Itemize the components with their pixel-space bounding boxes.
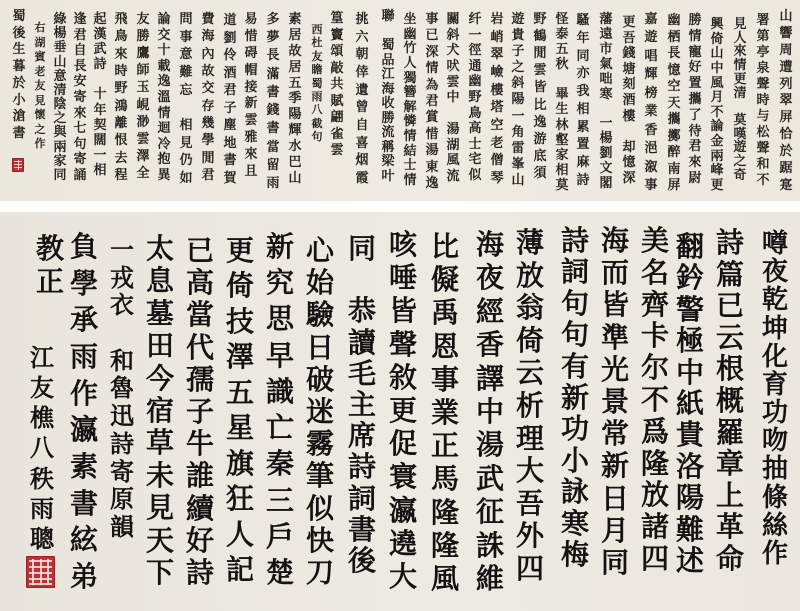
calligraphy-character: 聰 <box>22 525 62 553</box>
calligraphy-character: 闊 <box>90 134 110 147</box>
calligraphy-character: 徑 <box>465 44 485 57</box>
calligraphy-character: 八 <box>22 434 62 462</box>
calligraphy-character: 居 <box>285 61 305 74</box>
calligraphy-character: 同 <box>595 548 635 578</box>
calligraphy-character: 幾 <box>198 117 218 130</box>
calligraphy-character: 一 <box>508 110 528 123</box>
calligraphy-character: 似 <box>300 494 340 524</box>
calligraphy-character: 毛 <box>342 359 382 389</box>
calligraphy-character: 聲 <box>753 78 773 91</box>
calligraphy-character: 解 <box>400 101 420 114</box>
calligraphy-character: 雲 <box>530 64 550 77</box>
calligraphy-character: 琴 <box>487 172 507 185</box>
calligraphy-character: 月 <box>707 91 727 104</box>
calligraphy-character: 雨 <box>307 91 327 103</box>
calligraphy-character: 太 <box>140 234 180 264</box>
calligraphy-character: 敲 <box>327 62 347 75</box>
calligraphy-character: 析 <box>510 391 550 421</box>
calligraphy-character: 思 <box>260 304 300 334</box>
calligraphy-character: 難 <box>670 515 710 545</box>
calligraphy-character: 置 <box>573 138 593 151</box>
calligraphy-character: 常 <box>595 419 635 449</box>
calligraphy-character: 塘 <box>619 63 639 76</box>
calligraphy-character: 年 <box>90 104 110 117</box>
calligraphy-character: 一 <box>596 117 616 130</box>
calligraphy-character: 魯 <box>102 374 142 401</box>
calligraphy-character: 放 <box>510 261 550 291</box>
calligraphy-character: 後 <box>9 27 29 40</box>
calligraphy-character: 雲 <box>443 76 463 89</box>
calligraphy-character: 十 <box>90 88 110 101</box>
calligraphy-character: 塵 <box>220 119 240 132</box>
calligraphy-character: 香 <box>641 124 661 137</box>
calligraphy-character: 品 <box>378 54 398 67</box>
calligraphy-character: 瀛 <box>383 496 423 526</box>
calligraphy-character: 東 <box>422 161 442 174</box>
calligraphy-character: 鶴 <box>530 30 550 43</box>
calligraphy-dedication-column: 負學承雨作瀛素書絃弟 <box>64 232 104 592</box>
calligraphy-character: 溆 <box>641 161 661 174</box>
calligraphy-character: 來 <box>111 48 131 61</box>
calligraphy-character: 賞 <box>422 111 442 124</box>
calligraphy-character: 稱 <box>378 141 398 154</box>
calligraphy-character: 一 <box>90 149 110 162</box>
calligraphy-character: 深 <box>422 46 442 59</box>
calligraphy-character: 故 <box>285 45 305 58</box>
calligraphy-character: 羅 <box>710 418 750 448</box>
calligraphy-character: 幽 <box>664 14 684 27</box>
calligraphy-character: 小 <box>9 94 29 107</box>
calligraphy-character: 同 <box>342 234 382 264</box>
calligraphy-character: 閣 <box>596 177 616 190</box>
calligraphy-character: 不 <box>753 174 773 187</box>
calligraphy-character: 士 <box>400 159 420 172</box>
calligraphy-character: 迴 <box>154 122 174 135</box>
calligraphy-character: 君 <box>220 84 240 97</box>
calligraphy-character: 鳥 <box>111 30 131 43</box>
calligraphy-character: 接 <box>241 81 261 94</box>
calligraphy-character: 截 <box>307 118 327 130</box>
calligraphy-character: 業 <box>641 105 661 118</box>
calligraphy-character: 內 <box>198 48 218 61</box>
calligraphy-character: 鳥 <box>465 107 485 120</box>
calligraphy-character: 栖 <box>664 31 684 44</box>
calligraphy-character: 逢 <box>70 13 90 26</box>
calligraphy-character: 留 <box>263 159 283 172</box>
calligraphy-character: 渺 <box>133 116 153 129</box>
calligraphy-character: 興 <box>707 18 727 31</box>
calligraphy-character: 湯 <box>422 144 442 157</box>
calligraphy-character: 警 <box>670 295 710 325</box>
calligraphy-character: 篁 <box>327 12 347 25</box>
calligraphy-character: 楊 <box>50 27 70 40</box>
calligraphy-character: 滿 <box>263 68 283 81</box>
calligraphy-character: 日 <box>595 484 635 514</box>
calligraphy-character: 理 <box>510 424 550 454</box>
calligraphy-character: 抽 <box>755 455 795 483</box>
calligraphy-character: 翻 <box>670 232 710 262</box>
calligraphy-character: 牛 <box>180 429 220 459</box>
calligraphy-column: 新究思早識亡秦三戶楚 <box>260 232 300 588</box>
calligraphy-character: 書 <box>64 489 104 519</box>
calligraphy-character: 峰 <box>707 164 727 177</box>
calligraphy-character: 而 <box>595 258 635 288</box>
calligraphy-character: 奇 <box>730 169 750 182</box>
calligraphy-column: 起漢武詩 十年契闊一相 <box>90 13 110 177</box>
calligraphy-character: 易 <box>241 13 261 26</box>
calligraphy-character: 事 <box>422 13 442 26</box>
calligraphy-character: 安 <box>70 75 90 88</box>
calligraphy-character: 孺 <box>180 365 220 395</box>
calligraphy-character: 相 <box>90 164 110 177</box>
calligraphy-character: 中 <box>707 62 727 75</box>
calligraphy-character: 咄 <box>596 73 616 86</box>
calligraphy-signature: 江友樵八秩雨聰 <box>22 344 62 553</box>
calligraphy-character: 隆 <box>635 449 675 479</box>
calligraphy-character: 伶 <box>220 49 240 62</box>
calligraphy-character: 人 <box>220 520 260 550</box>
calligraphy-column: 論交十載逸溫情迴冷抱異 <box>154 13 174 182</box>
calligraphy-character: 聲 <box>753 142 773 155</box>
calligraphy-character: 月 <box>595 516 635 546</box>
calligraphy-character: 嘆 <box>730 128 750 141</box>
calligraphy-character: 攜 <box>685 93 705 106</box>
calligraphy-character: 樵 <box>22 404 62 432</box>
calligraphy-character: 中 <box>470 397 510 427</box>
calligraphy-character: 衣 <box>102 291 142 318</box>
calligraphy-character: 亭 <box>753 46 773 59</box>
calligraphy-character: 海 <box>198 30 218 43</box>
calligraphy-character: 離 <box>111 117 131 130</box>
calligraphy-character: 聲 <box>383 330 423 360</box>
calligraphy-character: 故 <box>198 65 218 78</box>
calligraphy-character: 江 <box>22 344 62 372</box>
calligraphy-character: 我 <box>573 85 593 98</box>
calligraphy-character: 莫 <box>730 114 750 127</box>
calligraphy-character: 隆 <box>425 531 465 561</box>
calligraphy-inscription: 教正 <box>30 232 70 298</box>
calligraphy-character: 述 <box>670 546 710 576</box>
calligraphy-character: 譯 <box>470 364 510 394</box>
calligraphy-character: 高 <box>465 122 485 135</box>
calligraphy-character: 生 <box>552 103 572 116</box>
calligraphy-character: 自 <box>70 44 90 57</box>
calligraphy-character: 漢 <box>90 28 110 41</box>
calligraphy-character: 宿 <box>140 396 180 426</box>
calligraphy-character: 已 <box>710 291 750 321</box>
calligraphy-character: 長 <box>70 60 90 73</box>
calligraphy-character: 吻 <box>755 427 795 455</box>
calligraphy-character: 澤 <box>133 150 153 163</box>
calligraphy-character: 水 <box>285 140 305 153</box>
calligraphy-character: 究 <box>260 268 300 298</box>
calligraphy-character: 惜 <box>422 128 442 141</box>
calligraphy-character: 却 <box>619 141 639 154</box>
calligraphy-character: 更 <box>707 179 727 192</box>
calligraphy-character: 寄 <box>70 91 90 104</box>
calligraphy-character: 筆 <box>300 461 340 491</box>
calligraphy-character: 於 <box>9 77 29 90</box>
calligraphy-character: 皆 <box>383 296 423 326</box>
calligraphy-character: 夜 <box>470 263 510 293</box>
calligraphy-character: 情 <box>685 30 705 43</box>
calligraphy-character: 擲 <box>664 130 684 143</box>
calligraphy-character: 貴 <box>670 420 710 450</box>
calligraphy-character: 武 <box>470 464 510 494</box>
calligraphy-character: 旗 <box>220 449 260 479</box>
calligraphy-character: 七 <box>70 122 90 135</box>
calligraphy-character: 素 <box>64 452 104 482</box>
calligraphy-character: 陽 <box>670 483 710 513</box>
calligraphy-character <box>342 265 382 295</box>
calligraphy-character <box>102 319 142 346</box>
calligraphy-character: 全 <box>133 167 153 180</box>
calligraphy-character: 詩 <box>102 430 142 457</box>
calligraphy-character: 異 <box>154 169 174 182</box>
calligraphy-character: 須 <box>530 167 550 180</box>
calligraphy-character: 野 <box>111 82 131 95</box>
calligraphy-character: 麻 <box>573 156 593 169</box>
calligraphy-column: 岩峭翠嶮樓塔空老僧琴 <box>487 13 507 185</box>
calligraphy-character: 大 <box>383 562 423 592</box>
calligraphy-character: 極 <box>670 326 710 356</box>
calligraphy-character: 一 <box>102 236 142 263</box>
calligraphy-character: 季 <box>285 92 305 105</box>
calligraphy-character: 紙 <box>670 389 710 419</box>
calligraphy-character: 輝 <box>641 68 661 81</box>
calligraphy-character: 香 <box>470 330 510 360</box>
calligraphy-character: 劉 <box>220 32 240 45</box>
calligraphy-character: 情 <box>400 174 420 187</box>
calligraphy-character: 犬 <box>443 44 463 57</box>
calligraphy-character: 已 <box>422 29 442 42</box>
calligraphy-character: 革 <box>710 512 750 542</box>
calligraphy-character: 飛 <box>111 13 131 26</box>
calligraphy-character: 綠 <box>50 13 70 26</box>
calligraphy-character: 纤 <box>465 13 485 26</box>
calligraphy-character: 三 <box>260 486 300 516</box>
calligraphy-character: 野 <box>530 13 550 26</box>
calligraphy-character: 爲 <box>635 417 675 447</box>
calligraphy-character: 長 <box>263 49 283 62</box>
calligraphy-character: 之 <box>50 112 70 125</box>
calligraphy-character: 峯 <box>508 158 528 171</box>
calligraphy-character: 壑 <box>552 134 572 147</box>
calligraphy-character: 敘 <box>383 363 423 393</box>
calligraphy-character: 論 <box>707 120 727 133</box>
calligraphy-character: 同 <box>573 50 593 63</box>
calligraphy-character: 相 <box>552 164 572 177</box>
calligraphy-character: 帽 <box>241 64 261 77</box>
calligraphy-character: 峭 <box>487 31 507 44</box>
calligraphy-character: 洛 <box>670 452 710 482</box>
calligraphy-character: 喜 <box>352 137 372 150</box>
calligraphy-character: 和 <box>102 347 142 374</box>
calligraphy-character: 雨 <box>22 495 62 523</box>
calligraphy-character: 憶 <box>664 64 684 77</box>
calligraphy-character: 夜 <box>755 258 795 286</box>
calligraphy-character: 流 <box>378 126 398 139</box>
calligraphy-character: 雷 <box>508 142 528 155</box>
calligraphy-character: 逸 <box>422 177 442 190</box>
calligraphy-column: 關斜犬吠雲中 湯湖風流 <box>443 13 463 183</box>
calligraphy-character: 子 <box>220 102 240 115</box>
calligraphy-character: 句 <box>555 289 595 319</box>
calligraphy-character: 幽 <box>400 28 420 41</box>
calligraphy-character: 聯 <box>378 10 398 23</box>
calligraphy-character: 酒 <box>220 67 240 80</box>
calligraphy-character: 湯 <box>470 430 510 460</box>
calligraphy-character: 陰 <box>50 98 70 111</box>
calligraphy-column: 心始驗日破迷霧筆似快刀 <box>300 236 340 588</box>
calligraphy-character: 浥 <box>641 142 661 155</box>
calligraphy-character: 空 <box>664 80 684 93</box>
calligraphy-character: 關 <box>443 13 463 26</box>
calligraphy-column: 易惜碍帽接新雲雅來且 <box>241 13 261 178</box>
calligraphy-character: 賦 <box>327 95 347 108</box>
calligraphy-character: 不 <box>635 385 675 415</box>
calligraphy-character: 噂 <box>755 230 795 258</box>
calligraphy-character: 憶 <box>619 156 639 169</box>
calligraphy-character: 概 <box>710 386 750 416</box>
calligraphy-character: 自 <box>352 119 372 132</box>
calligraphy-character: 氣 <box>596 58 616 71</box>
calligraphy-character: 遊 <box>641 31 661 44</box>
calligraphy-character: 當 <box>180 300 220 330</box>
calligraphy-character: 斜 <box>443 29 463 42</box>
calligraphy-column: 翻鈐警極中紙貴洛陽難述 <box>670 232 710 576</box>
calligraphy-character: 了 <box>685 109 705 122</box>
calligraphy-character: 勝 <box>685 14 705 27</box>
calligraphy-character: 嶮 <box>487 66 507 79</box>
calligraphy-character: 論 <box>154 13 174 26</box>
calligraphy-character: 好 <box>685 61 705 74</box>
calligraphy-character: 書 <box>220 154 240 167</box>
calligraphy-character: 抱 <box>154 153 174 166</box>
calligraphy-character: 山 <box>285 172 305 185</box>
calligraphy-character: 心 <box>300 236 340 266</box>
calligraphy-column: 素居故居五季陽輝水巴山 <box>285 13 305 185</box>
calligraphy-colophon-column: 右湖賓老友見懷之作 <box>30 22 50 150</box>
calligraphy-character: 友 <box>133 13 153 26</box>
calligraphy-character: 待 <box>685 125 705 138</box>
calligraphy-character: 勝 <box>378 112 398 125</box>
calligraphy-column: 飛鳥來時野鴻離恨去程 <box>111 13 131 182</box>
calligraphy-character: 迅 <box>102 402 142 429</box>
calligraphy-character: 子 <box>180 397 220 427</box>
calligraphy-character: 寒 <box>555 509 595 539</box>
calligraphy-character: 挑 <box>352 13 372 26</box>
calligraphy-character: 來 <box>241 148 261 161</box>
calligraphy-character: 鈐 <box>670 263 710 293</box>
calligraphy-character: 武 <box>90 43 110 56</box>
calligraphy-character: 友 <box>30 80 50 92</box>
calligraphy-character: 怪 <box>552 13 572 26</box>
calligraphy-character: 宅 <box>465 153 485 166</box>
calligraphy-character: 卡 <box>635 321 675 351</box>
calligraphy-character: 絃 <box>64 525 104 555</box>
calligraphy-character: 通 <box>465 60 485 73</box>
calligraphy-character: 正 <box>425 431 465 461</box>
calligraphy-character: 比 <box>425 232 465 262</box>
calligraphy-column: 詩詞句句有新功小詠寒梅 <box>555 226 595 570</box>
calligraphy-character: 迷 <box>300 397 340 427</box>
calligraphy-character: 禹 <box>425 298 465 328</box>
calligraphy-character <box>619 125 639 138</box>
calligraphy-character: 意 <box>176 48 196 61</box>
calligraphy-character: 五 <box>552 43 572 56</box>
calligraphy-column: 更倚技澤五星旗狂人記 <box>220 236 260 585</box>
calligraphy-character: 收 <box>378 97 398 110</box>
calligraphy-column: 多夢長滿書錢書當留雨 <box>263 13 283 190</box>
calligraphy-character: 八 <box>307 104 327 116</box>
calligraphy-character: 弟 <box>64 562 104 592</box>
calligraphy-character: 雲 <box>241 114 261 127</box>
calligraphy-column: 野鶴閒雲皆比逸游底須 <box>530 13 550 180</box>
calligraphy-character: 絲 <box>755 512 795 540</box>
calligraphy-character: 恭 <box>342 296 382 326</box>
calligraphy-character: 塔 <box>487 101 507 114</box>
calligraphy-character: 君 <box>70 29 90 42</box>
calligraphy-character: 遭 <box>776 61 796 74</box>
calligraphy-character: 巴 <box>285 156 305 169</box>
calligraphy-character: 儗 <box>425 265 465 295</box>
calligraphy-character: 已 <box>180 236 220 266</box>
calligraphy-column: 聯 蜀品江海收勝流稱梁叶 <box>378 10 398 183</box>
calligraphy-character: 下 <box>140 558 180 588</box>
calligraphy-character: 簪 <box>400 86 420 99</box>
calligraphy-character: 命 <box>710 544 750 574</box>
calligraphy-character: 蜀 <box>307 78 327 90</box>
calligraphy-character: 周 <box>776 44 796 57</box>
calligraphy-character: 倚 <box>707 33 727 46</box>
calligraphy-subtitle-column: 西杜友瞻蜀雨八截句 <box>307 24 327 143</box>
calligraphy-character: 六 <box>352 31 372 44</box>
calligraphy-character: 記 <box>220 555 260 585</box>
calligraphy-character: 老 <box>487 137 507 150</box>
calligraphy-character: 今 <box>140 364 180 394</box>
calligraphy-character: 誅 <box>470 531 510 561</box>
calligraphy-character: 頌 <box>327 45 347 58</box>
calligraphy-character: 蜀 <box>378 39 398 52</box>
calligraphy-character: 云 <box>710 323 750 353</box>
calligraphy-character: 長 <box>664 47 684 60</box>
calligraphy-character: 交 <box>154 29 174 42</box>
calligraphy-character: 市 <box>596 43 616 56</box>
calligraphy-character: 泉 <box>753 62 773 75</box>
calligraphy-character: 美 <box>635 226 675 256</box>
calligraphy-column: 挑六朝倖遺曾自喜烟霞 <box>352 13 372 185</box>
calligraphy-character: 累 <box>573 121 593 134</box>
calligraphy-character: 置 <box>685 77 705 90</box>
calligraphy-character: 戎 <box>102 264 142 291</box>
top-calligraphy-scroll: 山響周遭列翠屏恰於踞寔 署第亭泉聲時与松聲和不 見人來情更清 莫嘆遊之奇 興倚山… <box>0 0 800 201</box>
calligraphy-character: 第 <box>753 30 773 43</box>
calligraphy-column: 費海內故交存幾學閒君 <box>198 13 218 182</box>
calligraphy-character: 勝 <box>133 30 153 43</box>
calligraphy-character: 金 <box>707 135 727 148</box>
calligraphy-character: 寵 <box>685 46 705 59</box>
calligraphy-character: 霞 <box>352 172 372 185</box>
calligraphy-character: 倚 <box>510 326 550 356</box>
calligraphy-character: 四 <box>635 544 675 574</box>
calligraphy-character: 雀 <box>327 128 347 141</box>
calligraphy-character: 中 <box>443 91 463 104</box>
calligraphy-character: 寄 <box>102 458 142 485</box>
bottom-calligraphy-scroll: 噂夜乾坤化育功吻抽條絲作 詩篇已云根概羅章上革命 翻鈐警極中紙貴洛陽難述 美名齊… <box>0 212 800 611</box>
calligraphy-character: 技 <box>220 307 260 337</box>
calligraphy-character <box>90 73 110 86</box>
